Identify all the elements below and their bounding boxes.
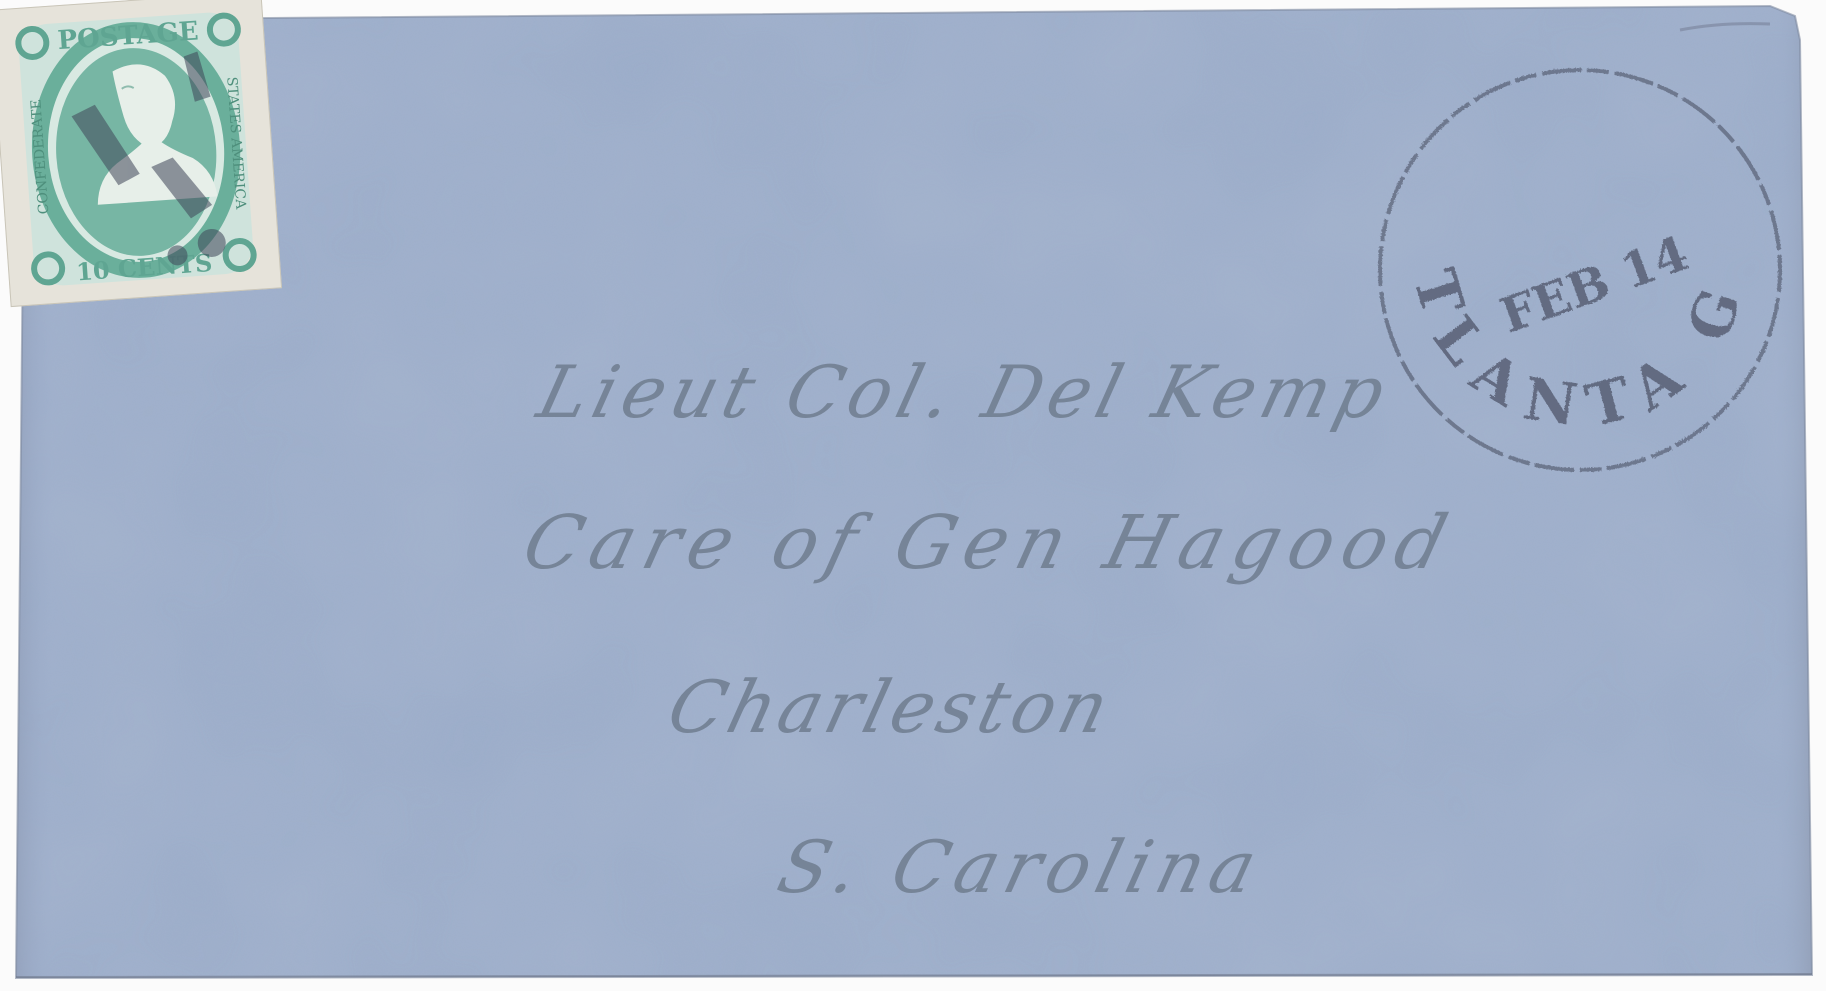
address-line-1: Lieut Col. Del Kemp xyxy=(530,350,1399,434)
address-line-2: Care of Gen Hagood xyxy=(515,500,1464,586)
postage-stamp: POSTAGE 10 CENTS CONFEDERATE STATES AMER… xyxy=(0,0,282,307)
address-line-3: Charleston xyxy=(660,665,1121,749)
envelope: POSTAGE 10 CENTS CONFEDERATE STATES AMER… xyxy=(0,0,1826,991)
address-line-4: S. Carolina xyxy=(770,825,1272,909)
